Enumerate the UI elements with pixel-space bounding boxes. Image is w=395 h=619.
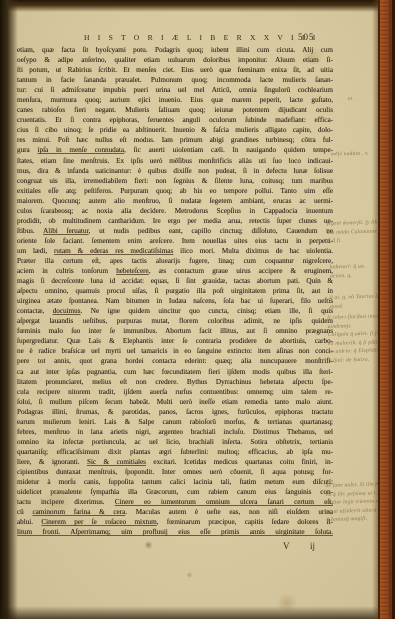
marginal-note: mēſe nudata . v. bbox=[331, 149, 369, 159]
text-block: etiam, quæ facta ſit hyoſcyami potu. Pod… bbox=[17, 45, 333, 545]
text-line: cruentatis. Et ſi contra epiphoras, feru… bbox=[17, 115, 333, 125]
text-line: exitiales eſſe atq; peſtiferos. Purpuram… bbox=[17, 186, 333, 196]
text-line: oriente ſole faciant. ſementem enim areſ… bbox=[17, 236, 333, 246]
text-line: uidelicet præualente ſympathia illa Græc… bbox=[17, 487, 333, 497]
text-line: contactæ, docuimus. Ne igne quidem uinci… bbox=[17, 306, 333, 316]
text-line: pere tot annis, quot grana hordei contac… bbox=[17, 356, 333, 366]
running-header-title: H I S T O R I Æ L I B E R X X V I I I bbox=[84, 33, 318, 42]
text-line: omnino ita infectæ portiuncula, ac uel l… bbox=[17, 437, 333, 447]
text-line: midetur à morſu canis, ſuppoſita tantum … bbox=[17, 477, 333, 487]
marginal-note: et . bbox=[348, 95, 356, 104]
book-fore-edge bbox=[378, 0, 395, 619]
text-line: febres, menſtruo in lana arietis nigri, … bbox=[17, 427, 333, 437]
scan-edge-top bbox=[0, 0, 395, 12]
text-line: earum mulierum leniri. Lais & Salpe canu… bbox=[17, 417, 333, 427]
text-line: maiorem. Quocunq; autem alio menſtruo, ſ… bbox=[17, 196, 333, 206]
text-line: tactu incipere dixerimus. Cinere eo iume… bbox=[17, 497, 333, 507]
text-line: congruat uis illa, irremediabilem fieri:… bbox=[17, 176, 333, 186]
text-line: tantum in facie ſananda præualet. Pulmon… bbox=[17, 75, 333, 85]
text-line: litatem pronunciaret, melius eſt non cre… bbox=[17, 377, 333, 387]
text-line: ſti potum, ut Rabirius ſcribit. Et menſe… bbox=[17, 65, 333, 75]
text-line: liere, & ignoranti. Sic & comitiales exc… bbox=[17, 457, 333, 467]
text-line: ablui. Cinerem per ſe roſaceo mixtum, fœ… bbox=[17, 517, 333, 527]
signature-number: ij bbox=[310, 541, 315, 551]
text-line: litum fronti. Aſperrimamq; uim profluuij… bbox=[17, 527, 333, 537]
text-line: cula recipere nitorem tradit, ijſdem aue… bbox=[17, 387, 333, 397]
text-line: canes rabioſos fieri negant. Mulieris ſa… bbox=[17, 105, 333, 115]
text-line: ſolui, ſi mullum piſcem ſecum habeāt. Mu… bbox=[17, 397, 333, 407]
text-line: oeſypo & adipe anſerino, qualiter etiam … bbox=[17, 55, 333, 65]
signature-letter: V bbox=[283, 541, 290, 551]
scan-edge-bottom bbox=[0, 606, 395, 619]
text-line: um lædi, rutam & ederas res medicatiſsim… bbox=[17, 246, 333, 256]
text-line: gura ipſa in menſe connudata, ſic auerti… bbox=[17, 145, 333, 155]
text-line: res minui. Poſt hæc nullus eſt modus. Ia… bbox=[17, 135, 333, 145]
text-line: fœminis malo ſuo inter ſe immunibus. Abo… bbox=[17, 326, 333, 336]
text-line: ſtibus. Alibi ſeruatur, ut nudis pedibus… bbox=[17, 226, 333, 236]
text-line: prodidit, ob multitudinem cantharidum. I… bbox=[17, 216, 333, 226]
text-line: Podagras illini, ſtrumas, & parotidas, p… bbox=[17, 407, 333, 417]
text-line: cū caminorum farina & cera. Maculas aute… bbox=[17, 507, 333, 517]
paper-stain bbox=[186, 572, 193, 578]
text-line: menſura, murmura quoq; aurium ejici inue… bbox=[17, 95, 333, 105]
text-line: ſtates, etiam ſine menſtruis. Ex ipſis u… bbox=[17, 156, 333, 166]
book-page-scan: H I S T O R I Æ L I B E R X X V I I I 50… bbox=[0, 0, 395, 619]
text-line: tur: cui ſi admiſceatur impubis pueri ur… bbox=[17, 85, 333, 95]
text-line: aſpectu omnino, quamuis procul uiſas, ſi… bbox=[17, 286, 333, 296]
text-line: uirginea ætate ſpontanea. Nam bitumen in… bbox=[17, 296, 333, 306]
text-line: magis ſi decreſcente luna id accidat: eq… bbox=[17, 276, 333, 286]
text-line: quartaniſq; efficaciſsimum dixit plantas… bbox=[17, 447, 333, 457]
text-line: aciem in cultris tonſorum hebeteſcere, æ… bbox=[17, 266, 333, 276]
fore-edge-stripe bbox=[380, 0, 389, 619]
marginal-note-line: hebetari: q̄ uo. bbox=[330, 263, 366, 273]
marginal-note: hebetari: q̄ uo.aciem. q. bbox=[330, 263, 366, 281]
scan-edge-left bbox=[0, 0, 18, 619]
text-line: culos ſcarabeosq; ac noxia alia decidere… bbox=[17, 206, 333, 216]
text-line: ca aut inter ipſas pugnantia, cum hæc fœ… bbox=[17, 367, 333, 377]
running-header: H I S T O R I Æ L I B E R X X V I I I 50… bbox=[17, 33, 333, 45]
text-line: cipientibus duntaxat menſtruis, ſpopondi… bbox=[17, 467, 333, 477]
marginal-note-line: aciem. q. bbox=[330, 271, 366, 281]
page-number: 505 bbox=[298, 32, 315, 42]
text-line: Præter illa certum eſt, apes tactis alue… bbox=[17, 256, 333, 266]
text-line: etiam, quæ facta ſit hyoſcyami potu. Pod… bbox=[17, 45, 333, 55]
text-line: aſpergat lauandis ueſtibus, purpuras mut… bbox=[17, 316, 333, 326]
text-line: mus, dira & infanda uaticinantur: è quib… bbox=[17, 166, 333, 176]
text-line: ne è radice braſsicæ uel myrti uel tamar… bbox=[17, 346, 333, 356]
marginal-note-line: mēſe nudata . v. bbox=[331, 149, 369, 159]
marginal-note-line: et . bbox=[348, 95, 356, 104]
text-line: ſupergrediatur. Quæ Lais & Elephantis in… bbox=[17, 336, 333, 346]
text-line: cius ſi cibo uinoq; ſe pridie ea abſtinu… bbox=[17, 125, 333, 135]
